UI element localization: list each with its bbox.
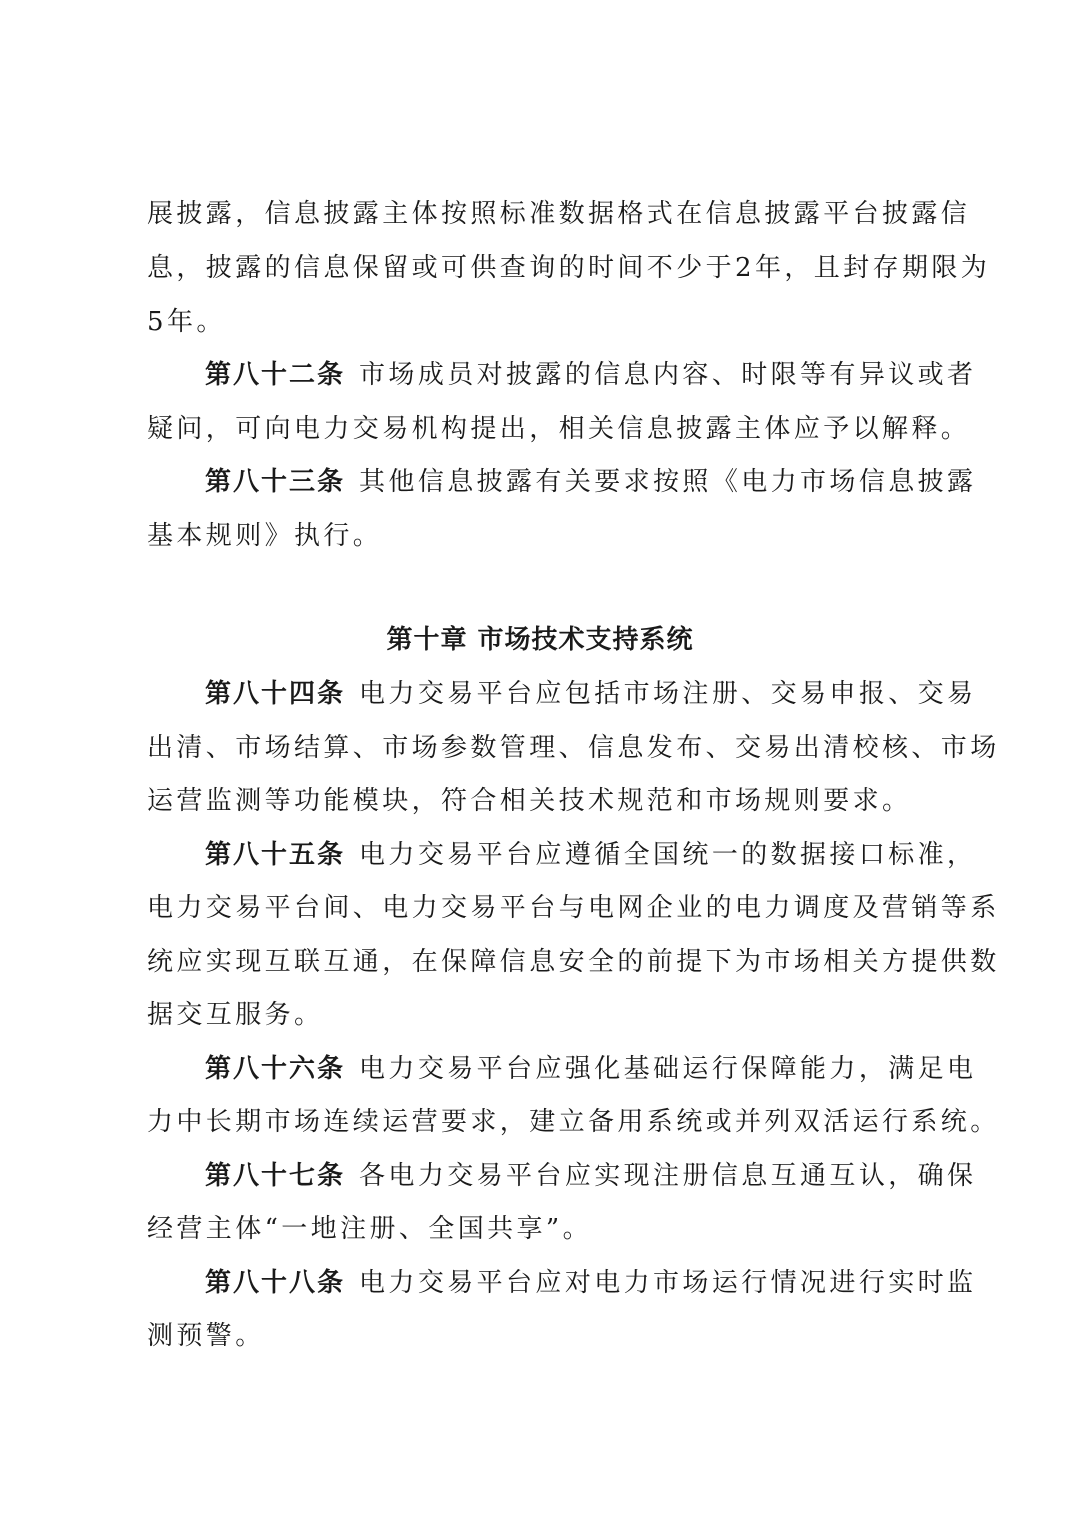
article-number: 第八十二条: [205, 360, 345, 390]
article-83: 第八十三条其他信息披露有关要求按照《电力市场信息披露: [205, 465, 933, 499]
paragraph-line: 息，披露的信息保留或可供查询的时间不少于2年，且封存期限为: [147, 251, 933, 285]
paragraph-line: 力中长期市场连续运营要求，建立备用系统或并列双活运行系统。: [147, 1105, 933, 1139]
article-text: 电力交易平台应强化基础运行保障能力，满足电: [359, 1054, 976, 1084]
paragraph-line: 疑问，可向电力交易机构提出，相关信息披露主体应予以解释。: [147, 412, 933, 446]
article-text: 电力交易平台应对电力市场运行情况进行实时监: [359, 1268, 976, 1298]
article-84: 第八十四条电力交易平台应包括市场注册、交易申报、交易: [205, 677, 933, 711]
article-87: 第八十七条各电力交易平台应实现注册信息互通互认，确保: [205, 1159, 933, 1193]
paragraph-line: 出清、市场结算、市场参数管理、信息发布、交易出清校核、市场: [147, 731, 933, 765]
article-text: 电力交易平台应遵循全国统一的数据接口标准，: [359, 840, 976, 870]
article-82: 第八十二条市场成员对披露的信息内容、时限等有异议或者: [205, 358, 933, 392]
article-number: 第八十六条: [205, 1054, 345, 1084]
article-number: 第八十八条: [205, 1268, 345, 1298]
paragraph-line: 电力交易平台间、电力交易平台与电网企业的电力调度及营销等系: [147, 891, 933, 925]
paragraph-line: 基本规则》执行。: [147, 519, 933, 553]
article-number: 第八十七条: [205, 1161, 345, 1191]
article-86: 第八十六条电力交易平台应强化基础运行保障能力，满足电: [205, 1052, 933, 1086]
paragraph-line: 据交互服务。: [147, 998, 933, 1032]
article-88: 第八十八条电力交易平台应对电力市场运行情况进行实时监: [205, 1266, 933, 1300]
article-text: 电力交易平台应包括市场注册、交易申报、交易: [359, 679, 976, 709]
article-text: 其他信息披露有关要求按照《电力市场信息披露: [359, 467, 976, 497]
paragraph-line: 5年。: [147, 305, 933, 339]
paragraph-line: 展披露，信息披露主体按照标准数据格式在信息披露平台披露信: [147, 197, 933, 231]
paragraph-line: 统应实现互联互通，在保障信息安全的前提下为市场相关方提供数: [147, 945, 933, 979]
document-page: 展披露，信息披露主体按照标准数据格式在信息披露平台披露信 息，披露的信息保留或可…: [0, 0, 1080, 1527]
paragraph-line: 运营监测等功能模块，符合相关技术规范和市场规则要求。: [147, 784, 933, 818]
chapter-title: 第十章 市场技术支持系统: [0, 623, 1080, 657]
article-number: 第八十五条: [205, 840, 345, 870]
article-number: 第八十三条: [205, 467, 345, 497]
article-text: 市场成员对披露的信息内容、时限等有异议或者: [359, 360, 976, 390]
article-85: 第八十五条电力交易平台应遵循全国统一的数据接口标准，: [205, 838, 933, 872]
paragraph-line: 测预警。: [147, 1319, 933, 1353]
article-text: 各电力交易平台应实现注册信息互通互认，确保: [359, 1161, 976, 1191]
paragraph-line: 经营主体“一地注册、全国共享”。: [147, 1212, 933, 1246]
article-number: 第八十四条: [205, 679, 345, 709]
